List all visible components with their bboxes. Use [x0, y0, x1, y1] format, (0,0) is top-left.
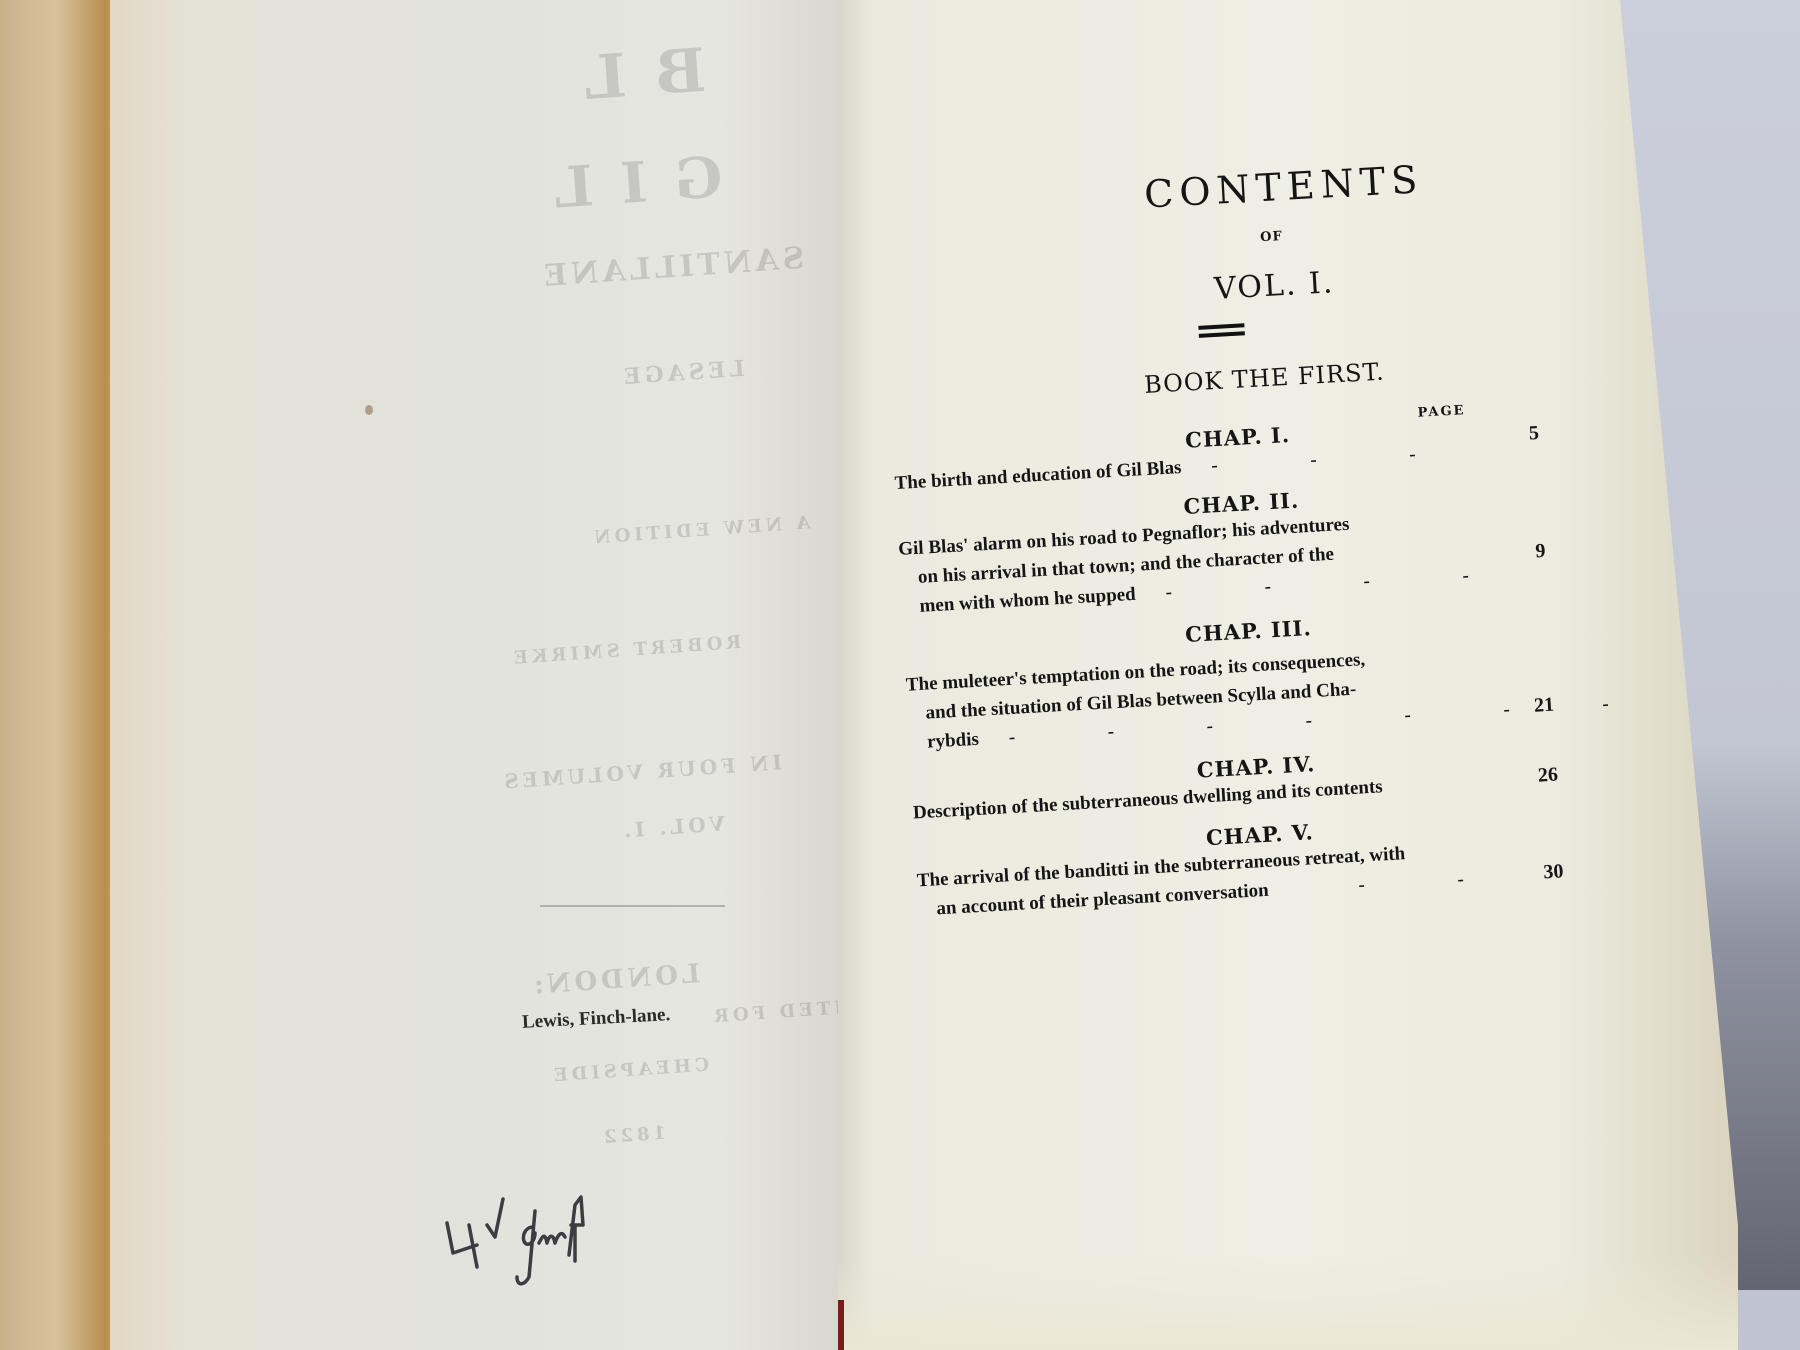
page-number: 9 [1535, 537, 1547, 567]
book-spine-edge [838, 1300, 844, 1350]
bleed-text: A NEW EDITION [590, 512, 812, 548]
page-number: 26 [1537, 760, 1559, 790]
chapter-entry: CHAP. II. Gil Blas' alarm on his road to… [896, 474, 1551, 622]
bleed-text: ROBERT SMIRKE [510, 632, 742, 669]
page-number: 30 [1543, 857, 1565, 887]
bleed-text: LONDON: [529, 959, 701, 1001]
bleed-text: IN FOUR VOLUMES [500, 750, 783, 794]
bleed-text: LESAGE [619, 356, 745, 391]
table-of-contents: CONTENTS OF VOL. I. BOOK THE FIRST. PAGE… [878, 141, 1569, 924]
page-number: 5 [1528, 419, 1540, 449]
bleed-rule [540, 905, 725, 907]
left-page: B L G I L SANTILLANE LESAGE A NEW EDITIO… [110, 0, 868, 1350]
bleed-text: G I L [548, 144, 725, 222]
volume-heading: VOL. I. [1014, 254, 1535, 318]
page-number: 21 [1533, 691, 1555, 721]
bleed-text: 1822 [599, 1123, 666, 1149]
photo-scene: B L G I L SANTILLANE LESAGE A NEW EDITIO… [0, 0, 1800, 1350]
double-rule [1198, 323, 1245, 338]
bleed-text: CHEAPSIDE [549, 1054, 709, 1086]
bleed-text: B L [578, 36, 708, 115]
chapter-entry: CHAP. III. The muleteer's temptation on … [903, 602, 1559, 758]
foxing-spot [365, 405, 373, 415]
bleed-text: SANTILLANE [539, 241, 805, 294]
book-heading: BOOK THE FIRST. [989, 349, 1540, 408]
bleed-text: VOL. I. [619, 811, 725, 842]
pencil-annotation: 4√ dmf [425, 1185, 595, 1290]
contents-of: OF [1011, 215, 1531, 259]
